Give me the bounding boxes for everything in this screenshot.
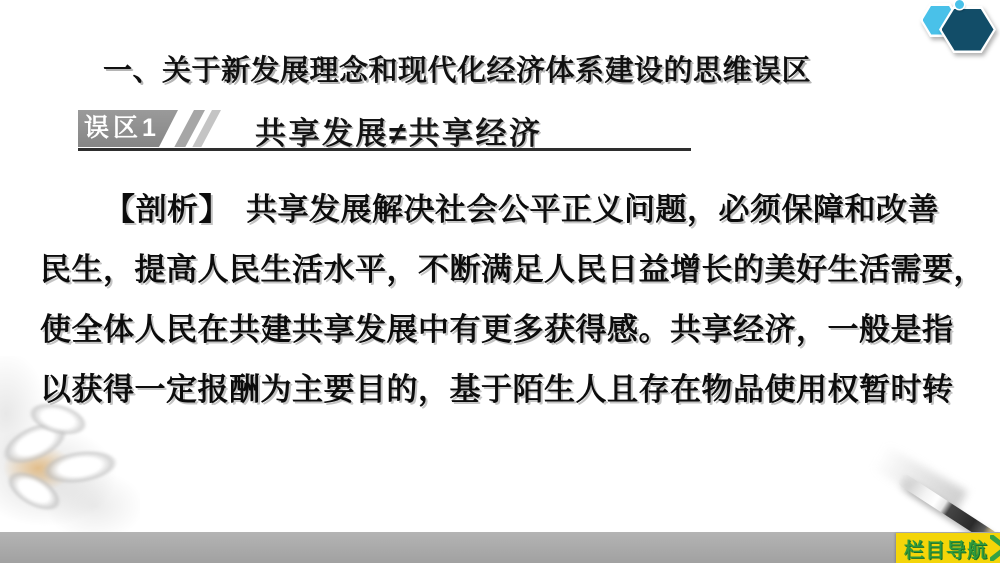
analysis-line: 以获得一定报酬为主要目的，基于陌生人且存在物品使用权暂时转	[40, 360, 975, 420]
analysis-line: 【剖析】 共享发展解决社会公平正义问题，必须保障和改善	[40, 180, 975, 240]
analysis-line: 使全体人民在共建共享发展中有更多获得感。共享经济，一般是指	[40, 300, 975, 360]
heading-underline	[78, 148, 691, 151]
lotus-watercolor-decoration	[0, 356, 140, 532]
analysis-line: 民生，提高人民生活水平，不断满足人民日益增长的美好生活需要，	[40, 240, 975, 300]
misconception-badge: 误区1	[78, 110, 178, 147]
analysis-paragraph: 【剖析】 共享发展解决社会公平正义问题，必须保障和改善 民生，提高人民生活水平，…	[40, 180, 975, 420]
section-heading: 共享发展≠共享经济	[255, 108, 543, 153]
logo-dot-icon	[955, 0, 964, 9]
hexagon-logo	[900, 0, 1000, 60]
chevron-right-icon	[990, 535, 1000, 561]
hexagon-dark-icon	[939, 6, 996, 53]
nav-button-label: 栏目导航	[904, 534, 988, 563]
nav-button[interactable]: 栏目导航	[896, 533, 1000, 563]
slide-title: 一、关于新发展理念和现代化经济体系建设的思维误区	[103, 48, 811, 89]
presentation-slide: 一、关于新发展理念和现代化经济体系建设的思维误区 误区1 共享发展≠共享经济 【…	[0, 0, 1000, 563]
footer-bar	[0, 532, 1000, 563]
